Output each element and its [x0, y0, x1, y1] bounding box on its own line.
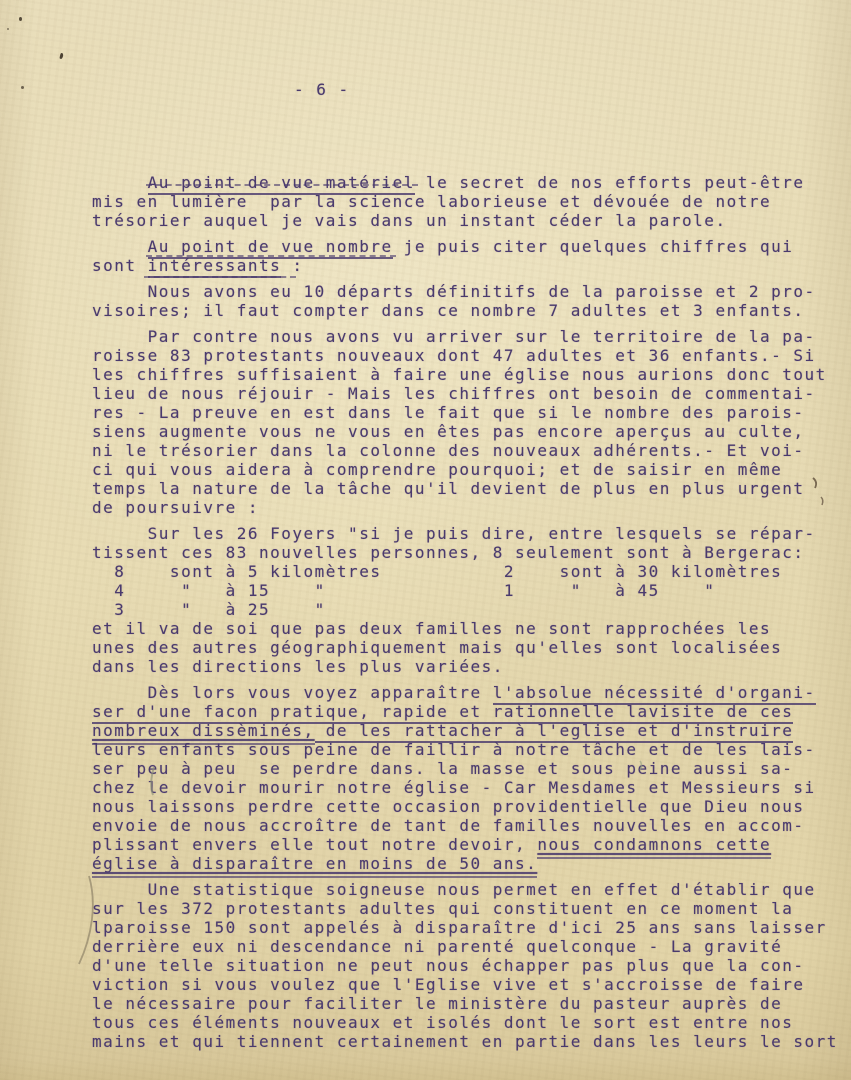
distance-table-row: 4 " à 15 " 1 " à 45 "	[92, 581, 838, 600]
text-segment	[92, 237, 148, 256]
text-segment: sont	[92, 256, 148, 275]
text-line: siens augmente vous ne vous en êtes pas …	[92, 422, 838, 441]
underlined-phrase: intéressants	[148, 256, 282, 278]
text-line: derrière eux ni descendance ni parenté q…	[92, 937, 838, 956]
text-line: mis en lumière par la science laborieuse…	[92, 192, 838, 211]
pencil-arc-left-margin	[79, 876, 93, 964]
text-line: Au point de vue matériel le secret de no…	[92, 173, 838, 192]
text-segment: Dès lors vous voyez apparaître	[92, 683, 493, 702]
text-line: ser d'une facon pratique, rapide et rati…	[92, 702, 838, 721]
text-line: Par contre nous avons vu arriver sur le …	[92, 327, 838, 346]
underlined-phrase: nous condamnons cette	[537, 835, 771, 859]
text-line: tous ces éléments nouveaux et isolés don…	[92, 1013, 838, 1032]
text-line: nombreux dissèminés, de les rattacher à …	[92, 721, 838, 740]
text-line: le nécessaire pour faciliter le ministèr…	[92, 994, 838, 1013]
underlined-phrase: église à disparaître en moins de 50 ans.	[92, 854, 537, 878]
text-segment: je puis citer quelques chiffres qui	[393, 237, 794, 256]
text-line: temps la nature de la tâche qu'il devien…	[92, 479, 838, 498]
text-segment: :	[281, 256, 303, 275]
dashed-underline-rule	[146, 255, 396, 257]
ink-speck	[21, 86, 24, 89]
text-line: chez le devoir mourir notre église - Car…	[92, 778, 838, 797]
dashed-underline-rule	[144, 276, 296, 278]
page-number: - 6 -	[294, 80, 350, 99]
text-line: Dès lors vous voyez apparaître l'absolue…	[92, 683, 838, 702]
text-line: leurs enfants sous peine de faillir à no…	[92, 740, 838, 759]
text-line: lieu de nous réjouir - Mais les chiffres…	[92, 384, 838, 403]
document-body: Au point de vue matériel le secret de no…	[92, 166, 838, 1058]
ink-speck	[7, 28, 9, 30]
text-line: ni le trésorier dans la colonne des nouv…	[92, 441, 838, 460]
text-line: Nous avons eu 10 départs définitifs de l…	[92, 282, 838, 301]
text-line: tissent ces 83 nouvelles personnes, 8 se…	[92, 543, 838, 562]
text-line: d'une telle situation ne peut nous échap…	[92, 956, 838, 975]
text-line: ser peu à peu se perdre dans. la masse e…	[92, 759, 838, 778]
document-page: - 6 - Au point de vue matériel le secret…	[0, 0, 851, 1080]
text-line: viction si vous voulez que l'Eglise vive…	[92, 975, 838, 994]
text-line: unes des autres géographiquement mais qu…	[92, 638, 838, 657]
text-line: et il va de soi que pas deux familles ne…	[92, 619, 838, 638]
dashed-underline-rule	[146, 184, 418, 186]
ink-speck	[19, 17, 22, 21]
distance-table-row: 8 sont à 5 kilomètres 2 sont à 30 kilomè…	[92, 562, 838, 581]
text-line: ci qui vous aidera à comprendre pourquoi…	[92, 460, 838, 479]
text-line: Une statistique soigneuse nous permet en…	[92, 880, 838, 899]
text-line: dans les directions les plus variées.	[92, 657, 838, 676]
ink-speck	[59, 53, 63, 60]
distance-table-row: 3 " à 25 "	[92, 600, 838, 619]
text-line: nous laissons perdre cette occasion prov…	[92, 797, 838, 816]
text-line: Au point de vue nombre je puis citer que…	[92, 237, 838, 256]
text-segment	[92, 173, 148, 192]
text-segment: le secret de nos efforts peut-être	[415, 173, 805, 192]
text-line: Sur les 26 Foyers "si je puis dire, entr…	[92, 524, 838, 543]
text-line: plissant envers elle tout notre devoir, …	[92, 835, 838, 854]
text-line: de poursuivre :	[92, 498, 838, 517]
text-line: mains et qui tiennent certainement en pa…	[92, 1032, 838, 1051]
text-line: lparoisse 150 sont appelés à disparaître…	[92, 918, 838, 937]
text-line: visoires; il faut compter dans ce nombre…	[92, 301, 838, 320]
text-segment: plissant envers elle tout notre devoir,	[92, 835, 537, 854]
text-line: roisse 83 protestants nouveaux dont 47 a…	[92, 346, 838, 365]
text-line: sont intéressants :	[92, 256, 838, 275]
text-line: trésorier auquel je vais dans un instant…	[92, 211, 838, 230]
text-line: res - La preuve en est dans le fait que …	[92, 403, 838, 422]
text-line: envoie de nous accroître de tant de fami…	[92, 816, 838, 835]
text-line: les chiffres suffisaient à faire une égl…	[92, 365, 838, 384]
text-line: sur les 372 protestants adultes qui cons…	[92, 899, 838, 918]
